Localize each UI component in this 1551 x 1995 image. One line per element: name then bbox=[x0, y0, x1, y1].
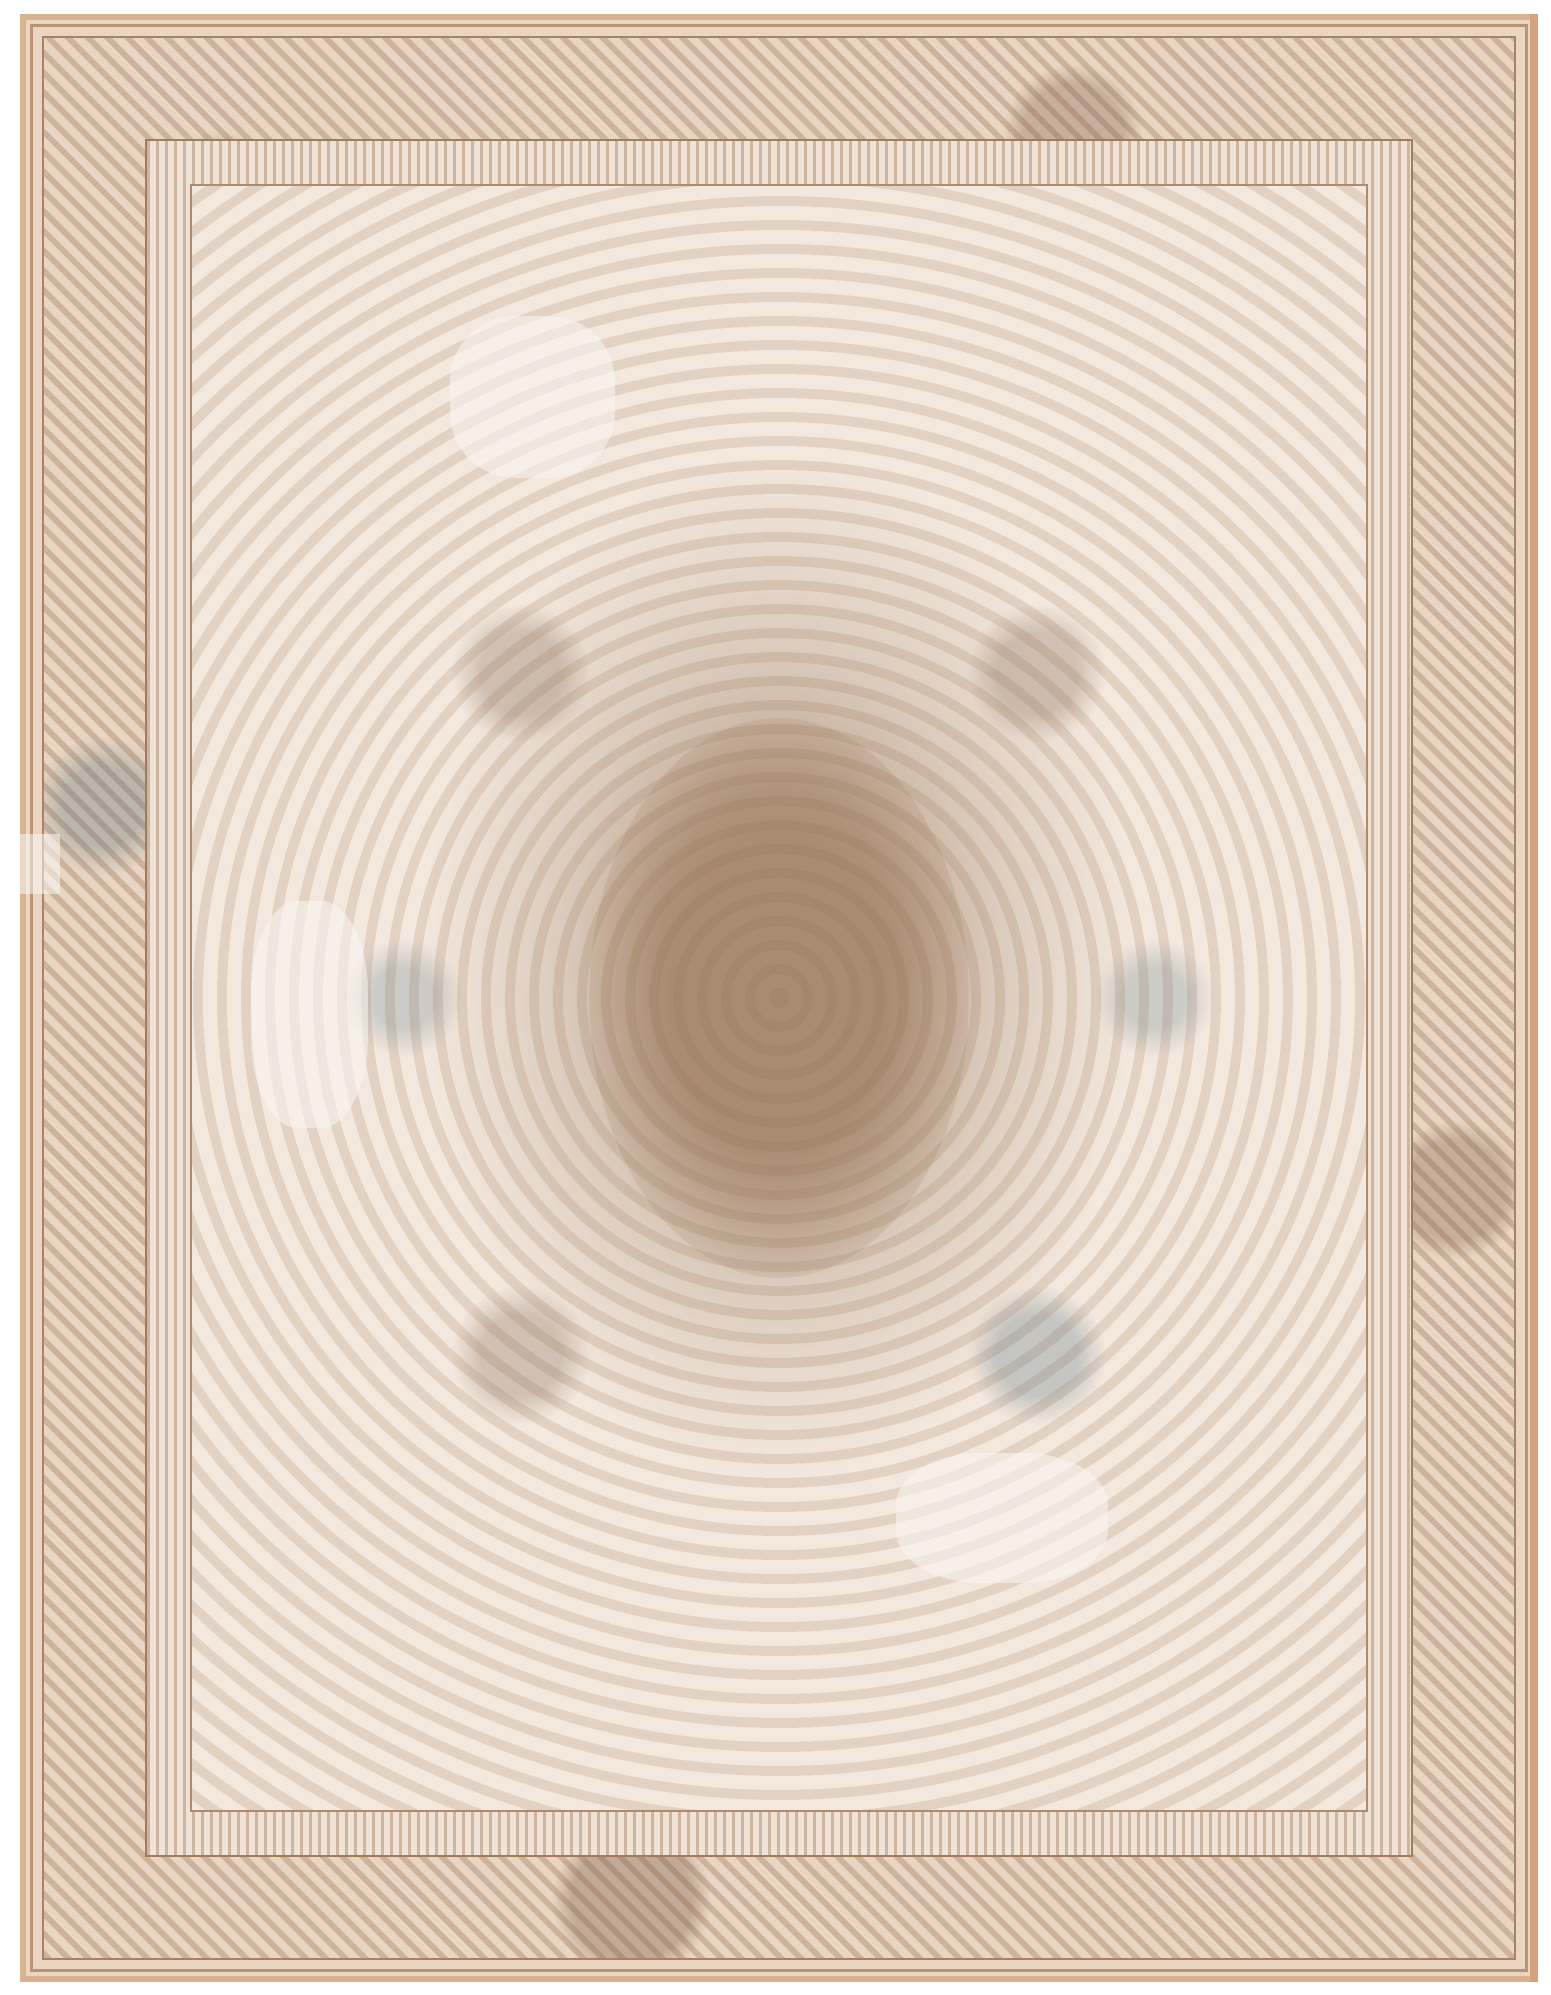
worn-patch bbox=[450, 316, 614, 478]
worn-patch bbox=[20, 834, 60, 894]
central-medallion bbox=[589, 718, 969, 1278]
rug-edge-binding bbox=[1530, 14, 1538, 1982]
worn-patch bbox=[251, 901, 368, 1128]
worn-patch bbox=[896, 1453, 1107, 1583]
rug bbox=[20, 14, 1538, 1982]
rug-field bbox=[190, 184, 1368, 1812]
